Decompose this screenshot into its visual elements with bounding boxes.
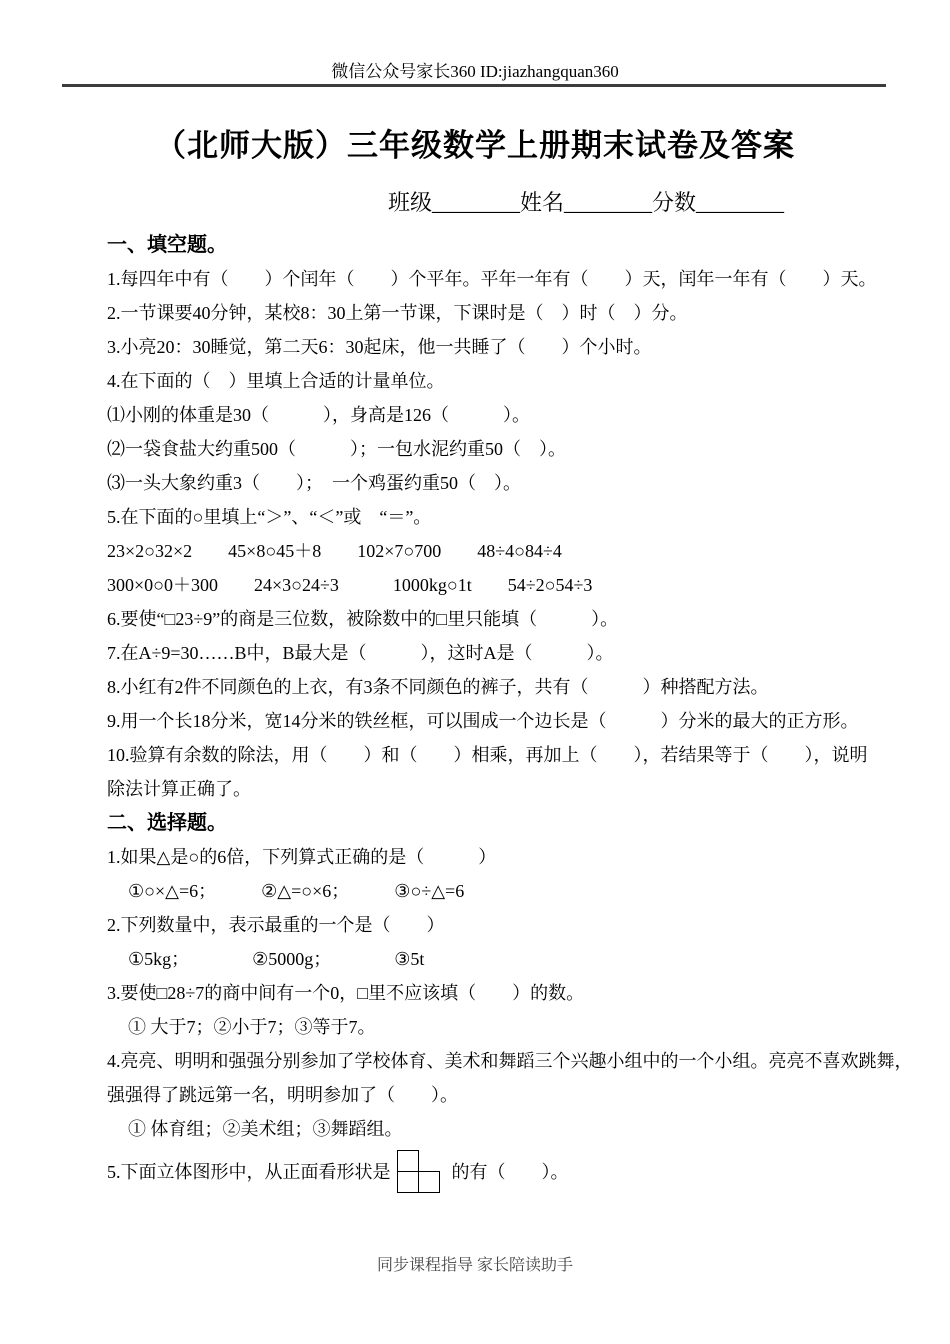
choice-q3-options: ① 大于7；②小于7；③等于7。 [107,1010,867,1044]
choice-q5-text-before: 5.下面立体图形中，从正面看形状是 [107,1146,391,1198]
fill-q5: 5.在下面的○里填上“＞”、“＜”或 “＝”。 [107,500,867,534]
fill-q9: 9.用一个长18分米，宽14分米的铁丝框，可以围成一个边长是（ ）分米的最大的正… [107,704,867,738]
fill-q4-sub3: ⑶一头大象约重3（ ）； 一个鸡蛋约重50（ ）。 [107,466,867,500]
choice-q2-options: ①5kg； ②5000g； ③5t [107,942,867,976]
fill-q10-cont: 除法计算正确了。 [107,772,867,806]
choice-q1: 1.如果△是○的6倍，下列算式正确的是（ ） [107,840,867,874]
header-note: 微信公众号家长360 ID:jiazhangquan360 [0,57,950,82]
choice-q5: 5.下面立体图形中，从正面看形状是 的有（ ）。 [107,1146,867,1198]
tromino-cell [418,1171,440,1193]
footer-note: 同步课程指导 家长陪读助手 [0,1252,950,1275]
choice-q4-line2: 强强得了跳远第一名，明明参加了（ ）。 [107,1078,867,1112]
fill-q3: 3.小亮20：30睡觉，第二天6：30起床，他一共睡了（ ）个小时。 [107,330,867,364]
choice-q3: 3.要使□28÷7的商中间有一个0，□里不应该填（ ）的数。 [107,976,867,1010]
student-info-line: 班级________姓名________分数________ [388,186,784,217]
fill-q5-row2: 300×0○0＋300 24×3○24÷3 1000kg○1t 54÷2○54÷… [107,568,867,602]
fill-q4-sub2: ⑵一袋食盐大约重500（ ）；一包水泥约重50（ ）。 [107,432,867,466]
tromino-cell [397,1171,419,1193]
choice-q2: 2.下列数量中，表示最重的一个是（ ） [107,908,867,942]
choice-q5-text-after: 的有（ ）。 [452,1146,569,1198]
fill-q5-row1: 23×2○32×2 45×8○45＋8 102×7○700 48÷4○84÷4 [107,534,867,568]
choice-q4-line1: 4.亮亮、明明和强强分别参加了学校体育、美术和舞蹈三个兴趣小组中的一个小组。亮亮… [107,1044,867,1078]
divider-rule [62,84,886,87]
page-title: （北师大版）三年级数学上册期末试卷及答案 [0,120,950,165]
section1-heading: 一、填空题。 [107,228,867,262]
fill-q4-sub1: ⑴小刚的体重是30（ ），身高是126（ ）。 [107,398,867,432]
choice-q4-options: ① 体育组；②美术组；③舞蹈组。 [107,1112,867,1146]
fill-q6: 6.要使“□23÷9”的商是三位数，被除数中的□里只能填（ ）。 [107,602,867,636]
section2-heading: 二、选择题。 [107,806,867,840]
fill-q2: 2.一节课要40分钟，某校8：30上第一节课，下课时是（ ）时（ ）分。 [107,296,867,330]
fill-q10: 10.验算有余数的除法，用（ ）和（ ）相乘，再加上（ ），若结果等于（ ），说… [107,738,867,772]
fill-q4: 4.在下面的（ ）里填上合适的计量单位。 [107,364,867,398]
l-shape-figure [397,1150,443,1195]
tromino-cell [397,1150,419,1172]
choice-q1-options: ①○×△=6； ②△=○×6； ③○÷△=6 [107,874,867,908]
fill-q8: 8.小红有2件不同颜色的上衣，有3条不同颜色的裤子，共有（ ）种搭配方法。 [107,670,867,704]
exam-body: 一、填空题。 1.每四年中有（ ）个闰年（ ）个平年。平年一年有（ ）天，闰年一… [107,228,867,1198]
fill-q1: 1.每四年中有（ ）个闰年（ ）个平年。平年一年有（ ）天，闰年一年有（ ）天。 [107,262,867,296]
fill-q7: 7.在A÷9=30……B中，B最大是（ ），这时A是（ ）。 [107,636,867,670]
